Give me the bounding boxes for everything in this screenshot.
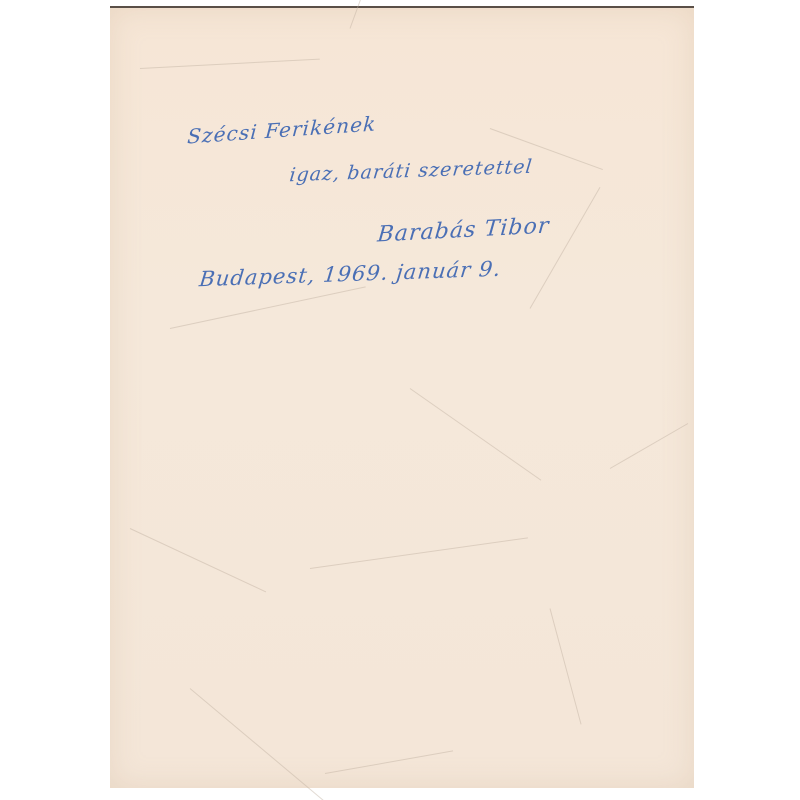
paper-fiber — [190, 688, 329, 800]
paper-fiber — [170, 286, 366, 329]
paper-fiber — [350, 0, 371, 29]
paper-fiber — [310, 537, 528, 569]
paper-fiber — [530, 187, 601, 309]
paper-fiber — [410, 388, 542, 481]
paper-fiber — [610, 423, 688, 469]
paper-fiber — [550, 608, 582, 724]
paper-fiber — [325, 750, 453, 774]
paper-fiber — [140, 59, 320, 69]
paper-fiber — [130, 528, 266, 592]
